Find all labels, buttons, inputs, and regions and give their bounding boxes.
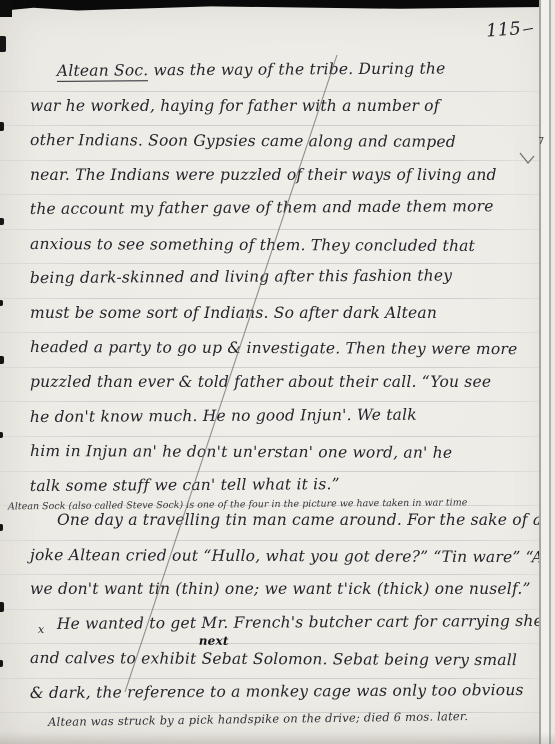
manuscript-line: we don't want tin (thin) one; we want t'… bbox=[30, 572, 541, 607]
line-text: He wanted to get Mr. French's butcher ca… bbox=[57, 612, 555, 633]
manuscript-line: he don't know much. He no good Injun'. W… bbox=[30, 396, 541, 434]
text-layer: Altean Soc. was the way of the tribe. Du… bbox=[0, 0, 555, 744]
manuscript-line: him in Injun an' he don't un'erstan' one… bbox=[30, 434, 541, 471]
line-text: near. The Indians were puzzled of their … bbox=[30, 166, 497, 184]
line-text: being dark-skinned and living after this… bbox=[30, 267, 452, 288]
manuscript-line: Altean Soc. was the way of the tribe. Du… bbox=[30, 51, 541, 89]
manuscript-line: the account my father gave of them and m… bbox=[30, 189, 541, 227]
line-text: and calves to exhibit Sebat Solomon. Seb… bbox=[30, 649, 517, 669]
next-page-edge bbox=[541, 0, 549, 744]
line-text: was the way of the tribe. During the bbox=[153, 59, 445, 79]
manuscript-line: must be some sort of Indians. So after d… bbox=[30, 296, 541, 331]
manuscript-line: other Indians. Soon Gypsies came along a… bbox=[30, 123, 541, 160]
line-text: the account my father gave of them and m… bbox=[30, 197, 494, 218]
line-text: headed a party to go up & investigate. T… bbox=[30, 338, 517, 358]
line-text: One day a travelling tin man came around… bbox=[57, 511, 542, 529]
line-text: & dark, the reference to a monkey cage w… bbox=[30, 681, 524, 702]
manuscript-line: puzzled than ever & told father about th… bbox=[30, 365, 541, 400]
manuscript-line: war he worked, haying for father with a … bbox=[30, 89, 541, 124]
line-text: puzzled than ever & told father about th… bbox=[30, 373, 491, 391]
manuscript-line: being dark-skinned and living after this… bbox=[30, 258, 541, 296]
underlined-phrase: Altean Soc. bbox=[57, 61, 149, 82]
manuscript-line: near. The Indians were puzzled of their … bbox=[30, 158, 541, 193]
scan-bottom-shadow bbox=[0, 732, 555, 744]
line-text: we don't want tin (thin) one; we want t'… bbox=[30, 580, 531, 598]
line-text: him in Injun an' he don't un'erstan' one… bbox=[30, 442, 452, 462]
line-text: must be some sort of Indians. So after d… bbox=[30, 304, 437, 322]
line-text: anxious to see something of them. They c… bbox=[30, 235, 475, 255]
manuscript-line: & dark, the reference to a monkey cage w… bbox=[30, 673, 541, 711]
inserted-word-above: next bbox=[199, 635, 229, 647]
line-text: other Indians. Soon Gypsies came along a… bbox=[30, 131, 456, 151]
edge-mark-text: 7 bbox=[538, 136, 544, 147]
scan-right-margin bbox=[551, 0, 555, 744]
manuscript-line: joke Altean cried out “Hullo, what you g… bbox=[30, 538, 541, 575]
manuscript-line: x He wanted to get Mr. French's butcher … bbox=[30, 604, 541, 642]
manuscript-line: headed a party to go up & investigate. T… bbox=[30, 330, 541, 367]
line-text: talk some stuff we can' tell what it is.… bbox=[30, 475, 340, 495]
line-text: joke Altean cried out “Hullo, what you g… bbox=[30, 546, 555, 566]
line-text: war he worked, haying for father with a … bbox=[30, 97, 440, 115]
line-text: he don't know much. He no good Injun'. W… bbox=[30, 405, 417, 425]
manuscript-scan-page: 115 Altean Soc. was the way of the tribe… bbox=[0, 0, 555, 744]
